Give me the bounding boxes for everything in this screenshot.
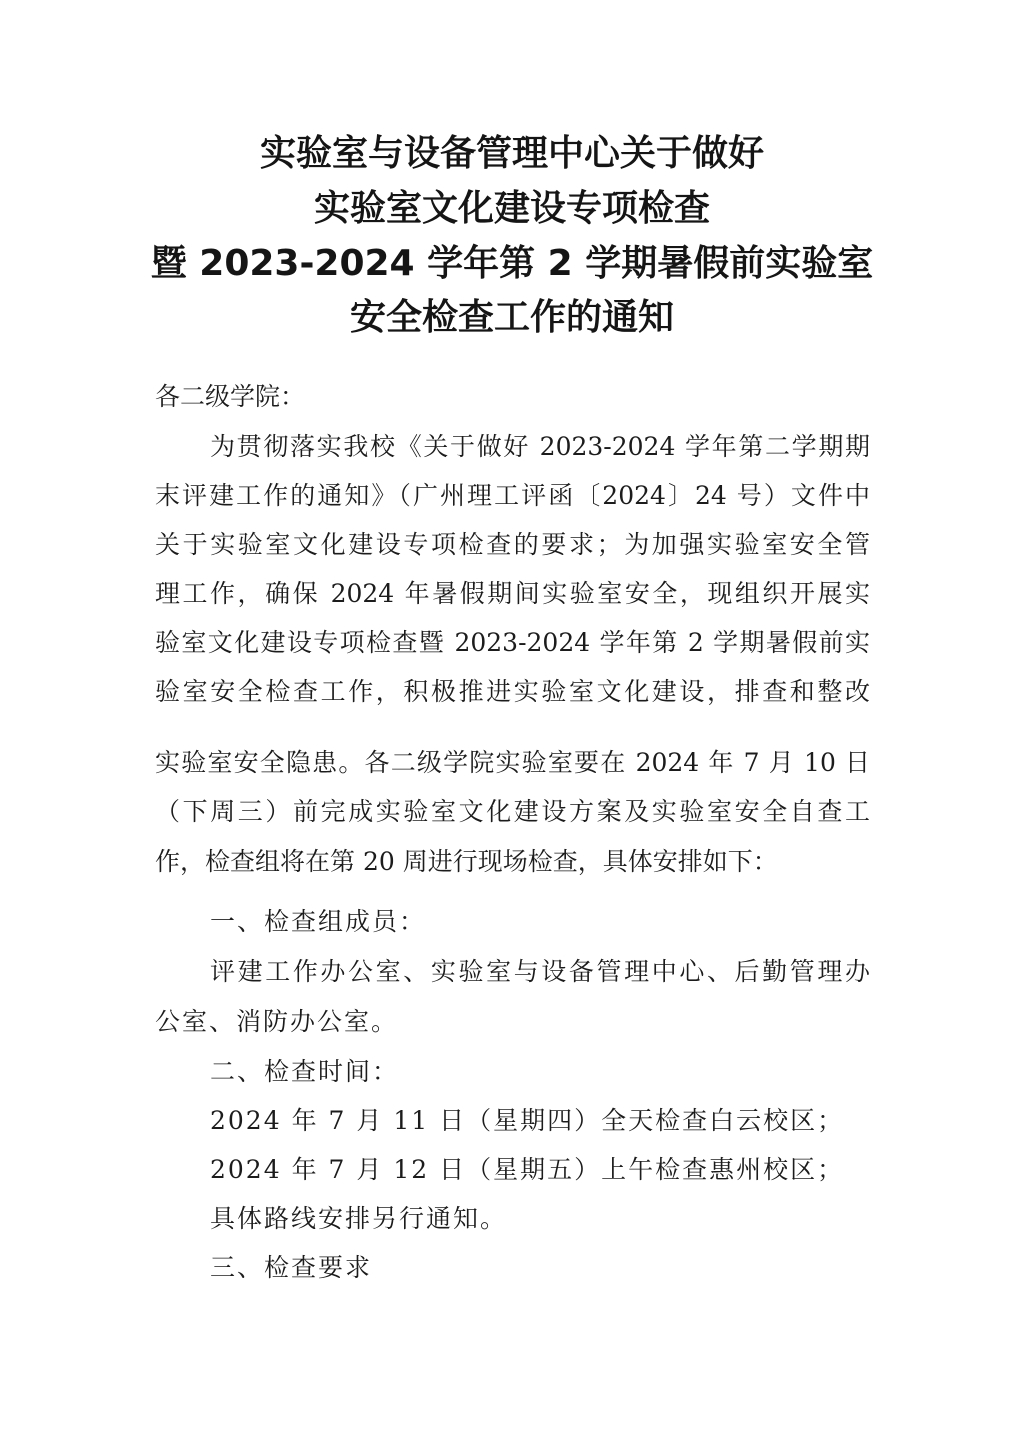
- document-title-line-1: 实验室与设备管理中心关于做好: [0, 132, 1024, 176]
- document-title-line-2: 实验室文化建设专项检查: [0, 187, 1024, 231]
- section-2-line-1: 2024 年 7 月 11 日（星期四）全天检查白云校区；: [210, 1104, 870, 1138]
- body-line-3: 关于实验室文化建设专项检查的要求；为加强实验室安全管: [155, 528, 870, 562]
- body-line-4: 理工作，确保 2024 年暑假期间实验室安全，现组织开展实: [155, 577, 870, 611]
- section-1-line-2: 公室、消防办公室。: [155, 1005, 870, 1039]
- section-3-heading: 三、检查要求: [210, 1251, 870, 1285]
- document-title-line-4: 安全检查工作的通知: [0, 296, 1024, 340]
- salutation: 各二级学院：: [155, 380, 870, 414]
- body-line-1: 为贯彻落实我校《关于做好 2023-2024 学年第二学期期: [210, 430, 870, 464]
- body-line-2: 末评建工作的通知》（广州理工评函〔2024〕24 号）文件中: [155, 479, 870, 513]
- section-2-line-3: 具体路线安排另行通知。: [210, 1202, 870, 1236]
- section-1-line-1: 评建工作办公室、实验室与设备管理中心、后勤管理办: [210, 955, 870, 989]
- document-title-line-3: 暨 2023-2024 学年第 2 学期暑假前实验室: [0, 242, 1024, 286]
- section-2-heading: 二、检查时间：: [210, 1055, 870, 1089]
- section-1-heading: 一、检查组成员：: [210, 905, 870, 939]
- body-line-6: 验室安全检查工作，积极推进实验室文化建设，排查和整改: [155, 675, 870, 709]
- body-line-8: （下周三）前完成实验室文化建设方案及实验室安全自查工: [155, 795, 870, 829]
- body-line-9: 作，检查组将在第 20 周进行现场检查，具体安排如下：: [155, 845, 870, 879]
- document-page: 实验室与设备管理中心关于做好 实验室文化建设专项检查 暨 2023-2024 学…: [0, 0, 1024, 1448]
- body-line-5: 验室文化建设专项检查暨 2023-2024 学年第 2 学期暑假前实: [155, 626, 870, 660]
- body-line-7: 实验室安全隐患。各二级学院实验室要在 2024 年 7 月 10 日: [155, 746, 870, 780]
- section-2-line-2: 2024 年 7 月 12 日（星期五）上午检查惠州校区；: [210, 1153, 870, 1187]
